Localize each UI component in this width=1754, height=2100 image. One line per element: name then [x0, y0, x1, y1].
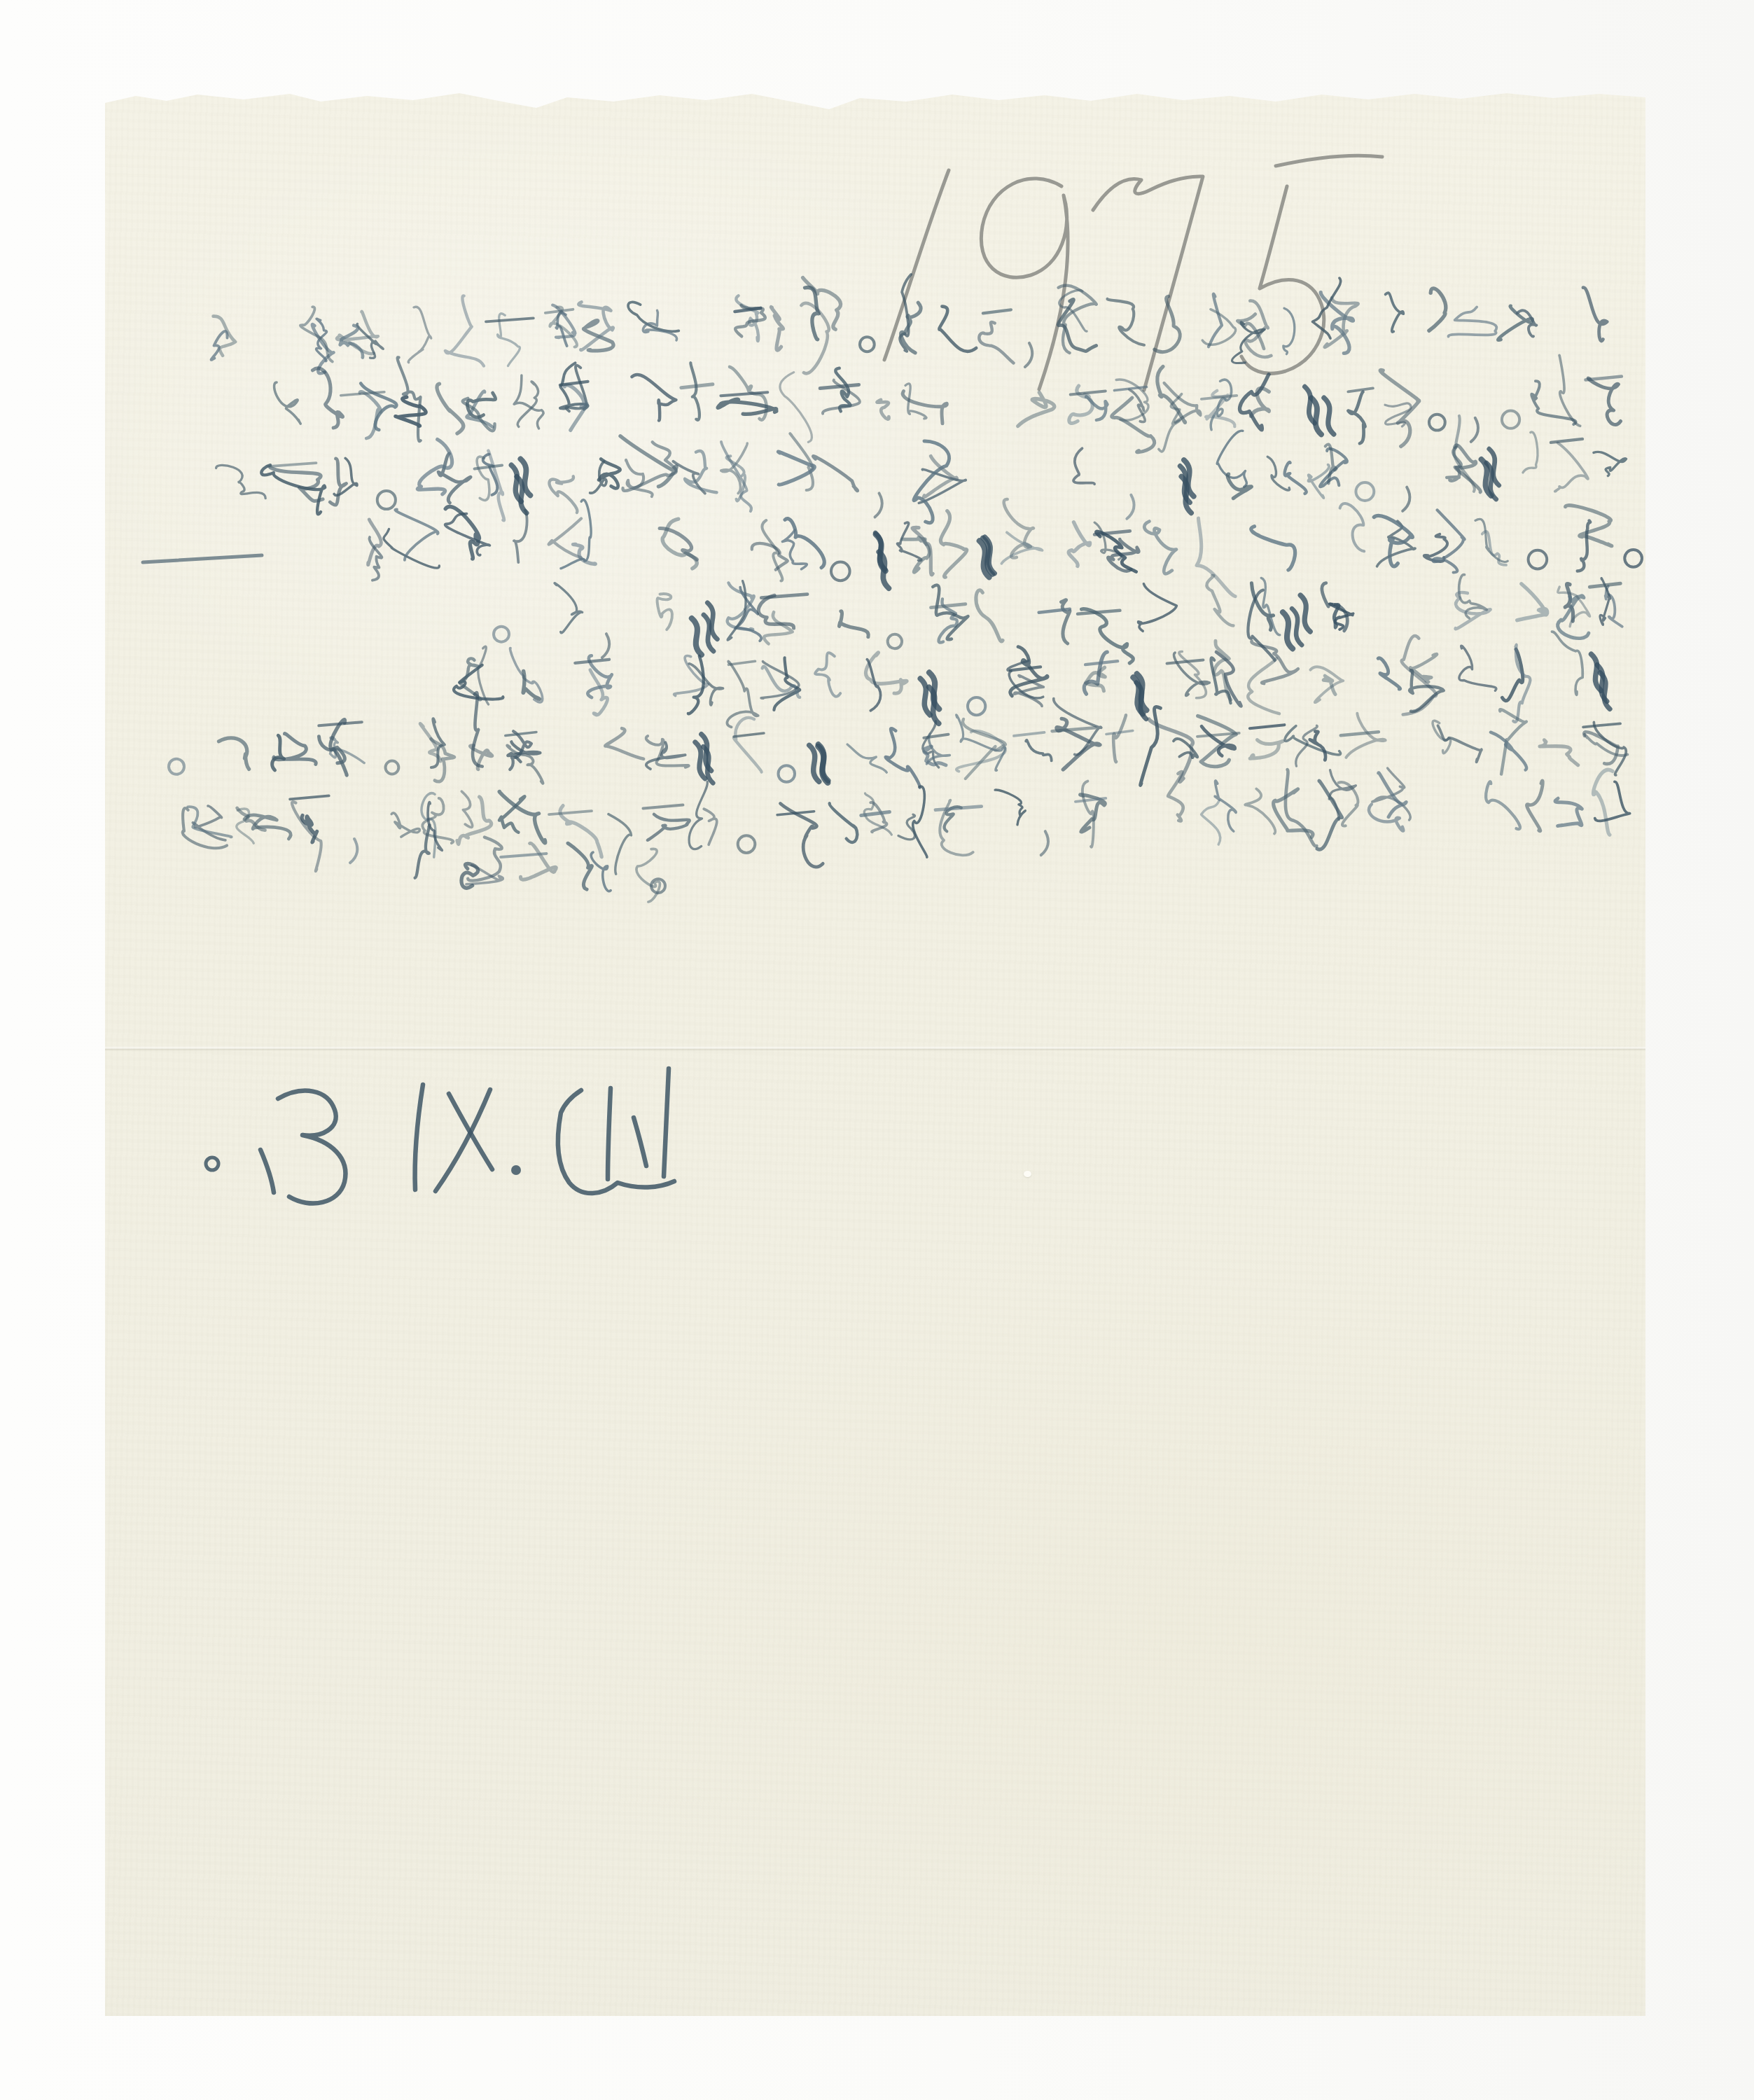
letter-paper [105, 92, 1645, 2016]
pencil-year-text: 1975 [0, 0, 1, 1]
scanned-photo-back: 1975 [0, 0, 1754, 2100]
paper-speck [1024, 1171, 1031, 1177]
fold-crease [105, 1046, 1645, 1051]
